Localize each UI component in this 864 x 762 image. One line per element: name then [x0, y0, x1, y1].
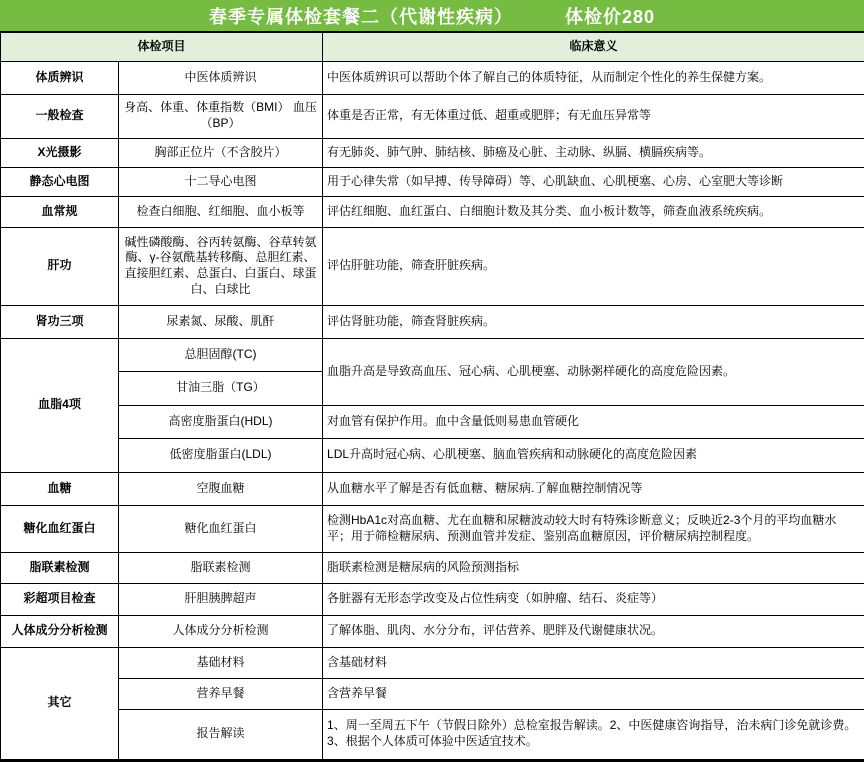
- meaning-cell: 含营养早餐: [323, 678, 864, 709]
- table-row: 肾功三项 尿素氮、尿酸、肌酐 评估肾脏功能，筛查肾脏疾病。: [1, 305, 864, 338]
- meaning-cell: LDL升高时冠心病、心肌梗塞、脑血管疾病和动脉硬化的高度危险因素: [323, 438, 864, 472]
- meaning-cell: 对血管有保护作用。血中含量低则易患血管硬化: [323, 405, 864, 438]
- item-cell: 空腹血糖: [119, 472, 323, 505]
- meaning-cell: 用于心律失常（如早搏、传导障碍）等、心肌缺血、心肌梗塞、心房、心室肥大等诊断: [323, 167, 864, 196]
- category-cell: 彩超项目检查: [1, 583, 119, 615]
- item-cell: 甘油三脂（TG）: [119, 371, 323, 405]
- meaning-cell: 检测HbA1c对高血糖、尤在血糖和尿糖波动较大时有特殊诊断意义；反映近2-3个月…: [323, 505, 864, 552]
- item-cell: 中医体质辨识: [119, 61, 323, 94]
- table-row: 彩超项目检查 肝胆胰脾超声 各脏器有无形态学改变及占位性病变（如肿瘤、结石、炎症…: [1, 583, 864, 615]
- meaning-cell: 有无肺炎、肺气肿、肺结核、肺癌及心脏、主动脉、纵膈、横膈疾病等。: [323, 138, 864, 167]
- table-row: 肝功 碱性磷酸酶、谷丙转氨酶、谷草转氨酶、γ-谷氨酰基转移酶、总胆红素、直接胆红…: [1, 227, 864, 305]
- item-cell: 糖化血红蛋白: [119, 505, 323, 552]
- table-row: 人体成分分析检测 人体成分分析检测 了解体脂、肌肉、水分分布，评估营养、肥胖及代…: [1, 615, 864, 647]
- table-row: 静态心电图 十二导心电图 用于心律失常（如早搏、传导障碍）等、心肌缺血、心肌梗塞…: [1, 167, 864, 196]
- header-items-column: 体检项目: [1, 32, 323, 61]
- category-cell: 人体成分分析检测: [1, 615, 119, 647]
- category-cell: 肾功三项: [1, 305, 119, 338]
- meaning-cell: 从血糖水平了解是否有低血糖、糖尿病.了解血糖控制情况等: [323, 472, 864, 505]
- meaning-cell: 含基础材料: [323, 647, 864, 678]
- category-cell: 体质辨识: [1, 61, 119, 94]
- category-cell: 血常规: [1, 196, 119, 227]
- meaning-cell: 脂联素检测是糖尿病的风险预测指标: [323, 552, 864, 583]
- category-cell: 肝功: [1, 227, 119, 305]
- category-cell: 脂联素检测: [1, 552, 119, 583]
- meaning-cell: 1、周一至周五下午（节假日除外）总检室报告解读。2、中医健康咨询指导，治未病门诊…: [323, 709, 864, 760]
- item-cell: 营养早餐: [119, 678, 323, 709]
- item-cell: 十二导心电图: [119, 167, 323, 196]
- table-row: 血糖 空腹血糖 从血糖水平了解是否有低血糖、糖尿病.了解血糖控制情况等: [1, 472, 864, 505]
- meaning-cell: 血脂升高是导致高血压、冠心病、心肌梗塞、动脉粥样硬化的高度危险因素。: [323, 338, 864, 405]
- page-title: 春季专属体检套餐二（代谢性疾病）: [209, 3, 513, 29]
- category-cell: X光摄影: [1, 138, 119, 167]
- header-meaning-column: 临床意义: [323, 32, 864, 61]
- table-row: 体质辨识 中医体质辨识 中医体质辨识可以帮助个体了解自己的体质特征，从而制定个性…: [1, 61, 864, 94]
- meaning-cell: 评估肾脏功能，筛查肾脏疾病。: [323, 305, 864, 338]
- header-row: 体检项目 临床意义: [1, 32, 864, 61]
- category-cell: 血脂4项: [1, 338, 119, 472]
- meaning-cell: 了解体脂、肌肉、水分分布，评估营养、肥胖及代谢健康状况。: [323, 615, 864, 647]
- item-cell: 身高、体重、体重指数（BMI） 血压（BP）: [119, 94, 323, 138]
- table-row: 脂联素检测 脂联素检测 脂联素检测是糖尿病的风险预测指标: [1, 552, 864, 583]
- meaning-cell: 评估红细胞、血红蛋白、白细胞计数及其分类、血小板计数等，筛查血液系统疾病。: [323, 196, 864, 227]
- checkup-package-page: 春季专属体检套餐二（代谢性疾病） 体检价280 体检项目 临床意义 体质辨识 中…: [0, 0, 864, 762]
- item-cell: 基础材料: [119, 647, 323, 678]
- category-cell: 糖化血红蛋白: [1, 505, 119, 552]
- item-cell: 高密度脂蛋白(HDL): [119, 405, 323, 438]
- item-cell: 低密度脂蛋白(LDL): [119, 438, 323, 472]
- table-row: 糖化血红蛋白 糖化血红蛋白 检测HbA1c对高血糖、尤在血糖和尿糖波动较大时有特…: [1, 505, 864, 552]
- table-row: 营养早餐 含营养早餐: [1, 678, 864, 709]
- price-label: 体检价280: [565, 3, 655, 29]
- table-row: X光摄影 胸部正位片（不含胶片） 有无肺炎、肺气肿、肺结核、肺癌及心脏、主动脉、…: [1, 138, 864, 167]
- table-row: 血脂4项 总胆固醇(TC) 血脂升高是导致高血压、冠心病、心肌梗塞、动脉粥样硬化…: [1, 338, 864, 371]
- item-cell: 报告解读: [119, 709, 323, 760]
- category-cell: 静态心电图: [1, 167, 119, 196]
- item-cell: 脂联素检测: [119, 552, 323, 583]
- meaning-cell: 评估肝脏功能，筛查肝脏疾病。: [323, 227, 864, 305]
- checkup-table: 体检项目 临床意义 体质辨识 中医体质辨识 中医体质辨识可以帮助个体了解自己的体…: [0, 31, 864, 762]
- table-row: 高密度脂蛋白(HDL) 对血管有保护作用。血中含量低则易患血管硬化: [1, 405, 864, 438]
- category-cell: 血糖: [1, 472, 119, 505]
- category-cell: 其它: [1, 647, 119, 760]
- table-row: 低密度脂蛋白(LDL) LDL升高时冠心病、心肌梗塞、脑血管疾病和动脉硬化的高度…: [1, 438, 864, 472]
- meaning-cell: 中医体质辨识可以帮助个体了解自己的体质特征，从而制定个性化的养生保健方案。: [323, 61, 864, 94]
- meaning-cell: 体重是否正常，有无体重过低、超重或肥胖；有无血压异常等: [323, 94, 864, 138]
- item-cell: 人体成分分析检测: [119, 615, 323, 647]
- category-cell: 一般检查: [1, 94, 119, 138]
- table-row: 血常规 检查白细胞、红细胞、血小板等 评估红细胞、血红蛋白、白细胞计数及其分类、…: [1, 196, 864, 227]
- title-bar: 春季专属体检套餐二（代谢性疾病） 体检价280: [0, 0, 864, 31]
- item-cell: 胸部正位片（不含胶片）: [119, 138, 323, 167]
- item-cell: 尿素氮、尿酸、肌酐: [119, 305, 323, 338]
- table-row: 一般检查 身高、体重、体重指数（BMI） 血压（BP） 体重是否正常，有无体重过…: [1, 94, 864, 138]
- table-row: 其它 基础材料 含基础材料: [1, 647, 864, 678]
- item-cell: 检查白细胞、红细胞、血小板等: [119, 196, 323, 227]
- item-cell: 肝胆胰脾超声: [119, 583, 323, 615]
- meaning-cell: 各脏器有无形态学改变及占位性病变（如肿瘤、结石、炎症等）: [323, 583, 864, 615]
- table-row: 报告解读 1、周一至周五下午（节假日除外）总检室报告解读。2、中医健康咨询指导，…: [1, 709, 864, 760]
- item-cell: 总胆固醇(TC): [119, 338, 323, 371]
- item-cell: 碱性磷酸酶、谷丙转氨酶、谷草转氨酶、γ-谷氨酰基转移酶、总胆红素、直接胆红素、总…: [119, 227, 323, 305]
